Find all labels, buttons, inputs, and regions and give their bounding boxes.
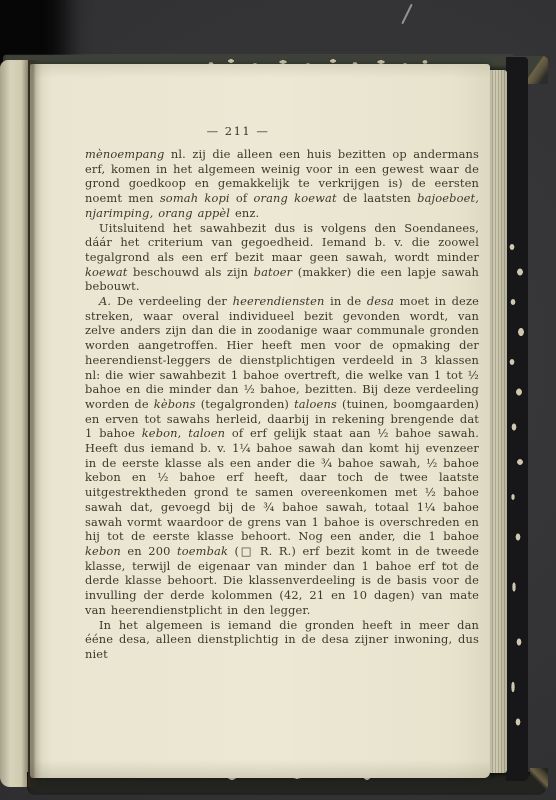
paragraph: mènoempang nl. zij die alleen een huis b… <box>85 147 479 221</box>
text-run: en 200 <box>121 544 177 558</box>
italic-term: A. <box>99 294 111 308</box>
italic-term: mènoempang <box>85 147 165 161</box>
scratch-mark <box>401 4 412 25</box>
text-run: de laatsten <box>337 191 417 205</box>
facing-page-edge <box>0 60 30 787</box>
italic-term: orang koewat <box>254 191 337 205</box>
text-run: In het algemeen is iemand die gronden he… <box>85 618 479 661</box>
book-cover-bottom-right-corner <box>530 768 548 790</box>
italic-term: toembak <box>177 544 228 558</box>
text-block: — 211 — mènoempang nl. zij die alleen ee… <box>85 124 479 662</box>
photo-background: — 211 — mènoempang nl. zij die alleen ee… <box>0 0 556 800</box>
stain-mark <box>443 563 447 566</box>
italic-term: kebon <box>85 544 121 558</box>
italic-term: heerendiensten <box>233 294 325 308</box>
italic-term: taloens <box>294 397 337 411</box>
italic-term: kèbons <box>154 397 196 411</box>
page-fore-edge-stack <box>490 70 507 773</box>
paragraph: A. De verdeeling der heerendiensten in d… <box>85 294 479 617</box>
text-run: Uitsluitend het sawahbezit dus is volgen… <box>85 221 479 264</box>
marbled-cover-edge <box>506 57 528 781</box>
paragraph: Uitsluitend het sawahbezit dus is volgen… <box>85 221 479 295</box>
text-run: of <box>230 191 254 205</box>
paragraph: In het algemeen is iemand die gronden he… <box>85 618 479 662</box>
italic-term: desa <box>367 294 394 308</box>
text-run: moet in deze streken, waar overal indivi… <box>85 294 479 411</box>
text-run: , <box>178 426 189 440</box>
italic-term: kebon <box>142 426 178 440</box>
book-page: — 211 — mènoempang nl. zij die alleen ee… <box>30 64 490 778</box>
text-run: of erf gelijk staat aan ½ bahoe sawah. H… <box>85 426 479 543</box>
text-run: beschouwd als zijn <box>128 265 254 279</box>
italic-term: koewat <box>85 265 128 279</box>
italic-term: batoer <box>254 265 293 279</box>
text-run: enz. <box>230 206 259 220</box>
page-number: — 211 — <box>41 124 435 138</box>
italic-term: taloen <box>188 426 225 440</box>
text-run: (tegalgronden) <box>196 397 294 411</box>
text-run: in de <box>325 294 367 308</box>
italic-term: somah kopi <box>160 191 230 205</box>
text-run: De verdeeling der <box>111 294 232 308</box>
gutter-shadow <box>28 60 42 787</box>
